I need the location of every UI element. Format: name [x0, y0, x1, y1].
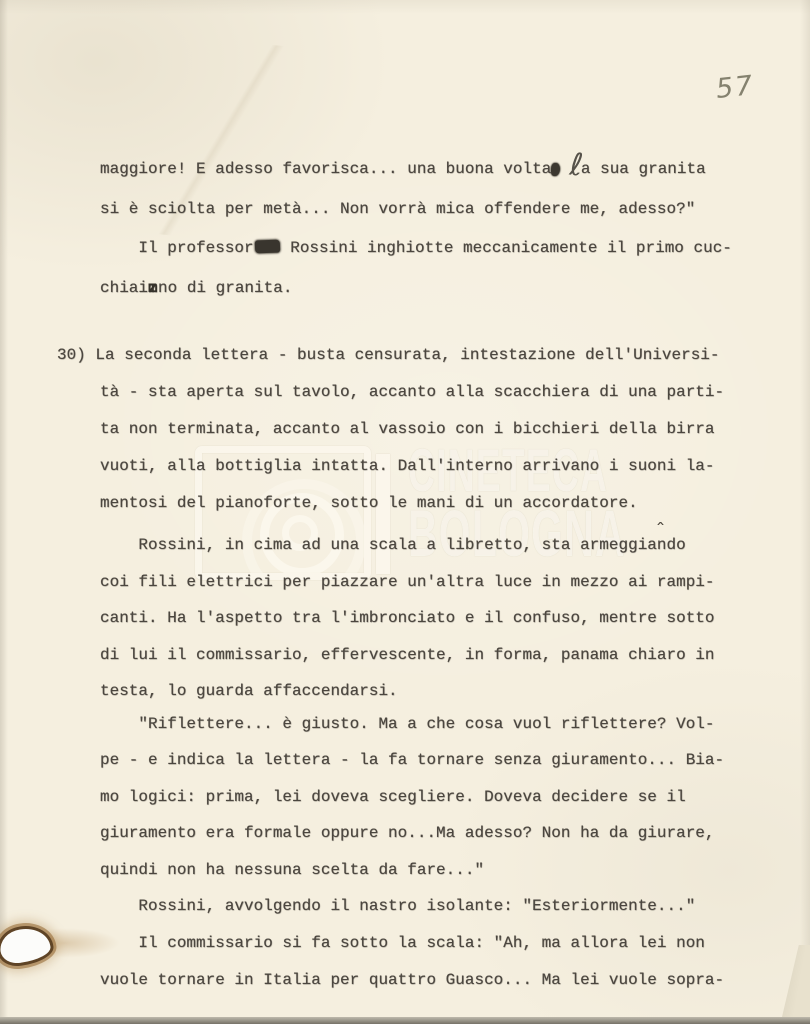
- typed-text: vuoti, alla bottiglia intatta. Dall'inte…: [100, 457, 715, 475]
- typed-text: maggiore! E adesso favorisca... una buon…: [100, 160, 551, 178]
- typescript-line: testa, lo guarda affaccendarsi.: [100, 673, 715, 710]
- typescript-line: ta non terminata, accanto al vassoio con…: [57, 411, 724, 448]
- handwritten-correction-l: ℓ: [568, 150, 582, 182]
- typescript-line: vuoti, alla bottiglia intatta. Dall'inte…: [57, 448, 724, 485]
- typed-text: tà - sta aperta sul tavolo, accanto alla…: [100, 383, 724, 401]
- typescript-line: tà - sta aperta sul tavolo, accanto alla…: [57, 374, 724, 411]
- typescript-line: mentosi del pianoforte, sotto le mani di…: [57, 485, 724, 522]
- typescript-line: mo logici: prima, lei doveva scegliere. …: [100, 779, 724, 815]
- paragraph: Il professor Rossini inghiotte meccanica…: [100, 228, 732, 308]
- typed-text: coi fili elettrici per piazzare un'altra…: [100, 573, 715, 591]
- typescript-line: quindi non ha nessuna scelta da fare...": [100, 852, 724, 888]
- struck-out-text: [254, 240, 279, 254]
- typescript-line: maggiore! E adesso favorisca... una buon…: [100, 149, 706, 189]
- typescript-line: Rossini, avvolgendo il nastro isolante: …: [100, 888, 695, 925]
- overstruck-character: mz: [148, 268, 158, 308]
- typescript-line: 30) La seconda lettera - busta censurata…: [57, 337, 724, 374]
- typed-text: vuole tornare in Italia per quattro Guas…: [100, 971, 724, 989]
- typed-text: do: [667, 536, 686, 554]
- typescript-line: pe - e indica la lettera - la fa tornare…: [100, 742, 724, 778]
- typescript-line: chiaimzno di granita.: [100, 268, 732, 308]
- typed-text: si è sciolta per metà... Non vorrà mica …: [100, 200, 695, 218]
- paragraph: maggiore! E adesso favorisca... una buon…: [100, 149, 706, 229]
- typescript-line: vuole tornare in Italia per quattro Guas…: [100, 962, 724, 999]
- typescript-line: Il professor Rossini inghiotte meccanica…: [100, 228, 732, 268]
- typescript-line: giuramento era formale oppure no...Ma ad…: [100, 815, 724, 851]
- typed-text: Il professor: [100, 239, 254, 257]
- ink-blot: [551, 163, 560, 176]
- typescript-line: Rossini, in cima ad una scala a libretto…: [100, 527, 715, 564]
- scanned-typescript-page: CINETECA BOLOGNA maggiore! E adesso favo…: [0, 0, 810, 1024]
- typed-text: Rossini, in cima ad una scala a libretto…: [100, 536, 657, 554]
- typed-text: mo logici: prima, lei doveva scegliere. …: [100, 788, 686, 806]
- scan-edge: [0, 1017, 810, 1024]
- handwritten-correction-n: nˆ: [657, 527, 667, 564]
- typed-text: Rossini, avvolgendo il nastro isolante: …: [100, 897, 695, 915]
- typescript-line: "Riflettere... è giusto. Ma a che cosa v…: [100, 706, 724, 742]
- typed-text: 30) La seconda lettera - busta censurata…: [57, 346, 720, 364]
- typescript: maggiore! E adesso favorisca... una buon…: [0, 0, 810, 1024]
- typed-text: ta non terminata, accanto al vassoio con…: [100, 420, 715, 438]
- typed-text: testa, lo guarda affaccendarsi.: [100, 682, 398, 700]
- typed-text: Il commissario si fa sotto la scala: "Ah…: [100, 934, 705, 952]
- typed-text: "Riflettere... è giusto. Ma a che cosa v…: [100, 715, 715, 733]
- paragraph: Rossini, avvolgendo il nastro isolante: …: [100, 888, 695, 925]
- typed-text: a sua granita: [581, 160, 706, 178]
- typed-text: chiai: [100, 279, 148, 297]
- typed-text: quindi non ha nessuna scelta da fare...": [100, 861, 484, 879]
- paragraph: "Riflettere... è giusto. Ma a che cosa v…: [100, 706, 724, 888]
- typed-text: mentosi del pianoforte, sotto le mani di…: [100, 494, 638, 512]
- typed-text: Rossini inghiotte meccanicamente il prim…: [281, 239, 732, 257]
- paragraph: Il commissario si fa sotto la scala: "Ah…: [100, 925, 724, 999]
- typed-text: giuramento era formale oppure no...Ma ad…: [100, 824, 715, 842]
- paragraph: Rossini, in cima ad una scala a libretto…: [100, 527, 715, 710]
- page-number-annotation: 57: [714, 70, 755, 105]
- typed-text: no di granita.: [158, 279, 292, 297]
- typed-text: di lui il commissario, effervescente, in…: [100, 646, 715, 664]
- typescript-line: canti. Ha l'aspetto tra l'imbronciato e …: [100, 600, 715, 637]
- typescript-line: coi fili elettrici per piazzare un'altra…: [100, 564, 715, 601]
- typescript-line: Il commissario si fa sotto la scala: "Ah…: [100, 925, 724, 962]
- typed-text: canti. Ha l'aspetto tra l'imbronciato e …: [100, 609, 715, 627]
- typescript-line: si è sciolta per metà... Non vorrà mica …: [100, 189, 706, 229]
- typed-text: pe - e indica la lettera - la fa tornare…: [100, 751, 724, 769]
- typescript-line: di lui il commissario, effervescente, in…: [100, 637, 715, 674]
- paragraph: 30) La seconda lettera - busta censurata…: [57, 337, 724, 522]
